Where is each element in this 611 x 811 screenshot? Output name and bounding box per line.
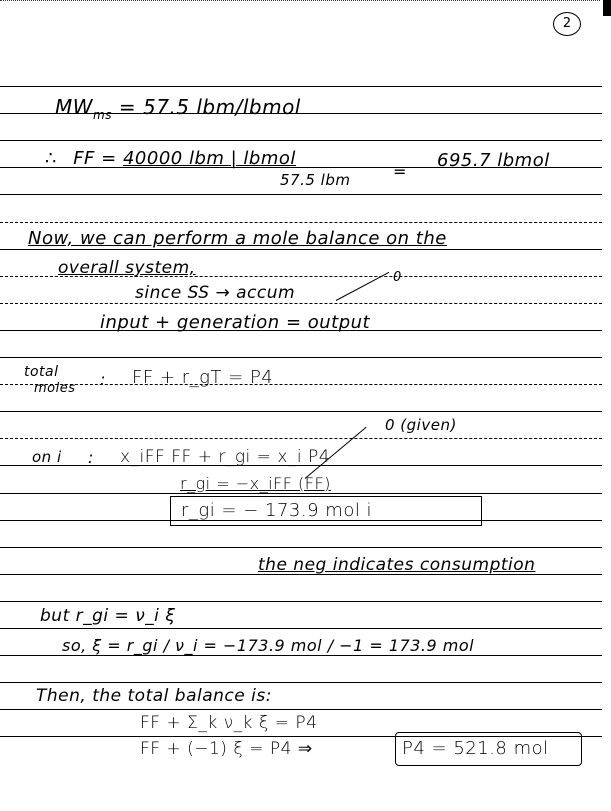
mw-line: MWms = 57.5 lbm/lbmol bbox=[55, 95, 301, 122]
total-balance-substituted: FF + (−1) ξ = P4 ⇒ bbox=[140, 739, 313, 759]
ruled-line bbox=[0, 140, 602, 141]
extent-relation: but r_gi = ν_i ξ bbox=[40, 606, 175, 626]
steady-state-line: since SS → accum bbox=[135, 283, 295, 303]
ruled-line bbox=[0, 655, 602, 656]
ruled-line bbox=[0, 411, 602, 412]
ruled-line bbox=[0, 709, 602, 710]
mw-value: 57.5 lbm/lbmol bbox=[143, 95, 301, 119]
ruled-line bbox=[0, 303, 602, 304]
ruled-line bbox=[0, 249, 602, 250]
ff-denominator: 57.5 lbm bbox=[280, 171, 350, 189]
then-line: Then, the total balance is: bbox=[36, 686, 272, 706]
consumption-note: the neg indicates consumption bbox=[258, 555, 535, 575]
zero-given-note: 0 (given) bbox=[385, 416, 457, 434]
on-i-colon: : bbox=[88, 448, 94, 467]
ruled-line bbox=[0, 357, 602, 358]
rgi-result-box: r_gi = − 173.9 mol i bbox=[170, 496, 482, 526]
species-i-balance: x_iFF FF + r_gi = x_i P4 bbox=[120, 447, 330, 467]
mw-equals: = bbox=[119, 95, 136, 119]
mw-label: MW bbox=[55, 95, 93, 119]
ruled-line bbox=[0, 194, 602, 195]
ff-equals: = bbox=[101, 148, 117, 169]
ruled-line bbox=[0, 682, 602, 683]
extent-calculation: so, ξ = r_gi / ν_i = −173.9 mol / −1 = 1… bbox=[62, 636, 474, 655]
ff-label: FF bbox=[73, 148, 95, 169]
therefore-symbol: ∴ bbox=[45, 148, 57, 169]
ff-equals-2: = bbox=[393, 162, 407, 181]
scanned-notebook-page: 2 MWms = 57.5 lbm/lbmol ∴ FF = 40000 lbm… bbox=[0, 0, 611, 811]
ruled-line bbox=[0, 493, 602, 494]
mw-subscript: ms bbox=[93, 108, 112, 122]
intro-line-1: Now, we can perform a mole balance on th… bbox=[28, 228, 447, 249]
page-number-badge: 2 bbox=[553, 12, 581, 36]
ruled-line bbox=[0, 601, 602, 602]
on-i-label: on i bbox=[32, 448, 62, 466]
ruled-line bbox=[0, 628, 602, 629]
total-colon: : bbox=[100, 370, 106, 389]
accum-zero: 0 bbox=[393, 270, 402, 285]
ff-line: ∴ FF = 40000 lbm | lbmol bbox=[45, 148, 296, 169]
ff-numerator: 40000 lbm | lbmol bbox=[123, 148, 296, 169]
total-moles-equation: FF + r_gT = P4 bbox=[132, 367, 273, 388]
p4-result: P4 = 521.8 mol bbox=[402, 738, 549, 759]
moles-label: moles bbox=[34, 381, 76, 396]
ruled-line bbox=[0, 438, 602, 439]
p4-result-box: P4 = 521.8 mol bbox=[395, 732, 582, 766]
total-label: total bbox=[24, 364, 59, 380]
intro-line-2: overall system, bbox=[58, 258, 196, 278]
ff-result: 695.7 lbmol bbox=[437, 150, 550, 171]
ruled-line bbox=[0, 547, 602, 548]
scan-top-edge bbox=[0, 0, 600, 2]
general-balance-line: input + generation = output bbox=[100, 312, 370, 333]
ruled-line bbox=[0, 86, 602, 87]
scan-corner-mark bbox=[603, 0, 611, 16]
ruled-line bbox=[0, 384, 602, 385]
rgi-result: r_gi = − 173.9 mol i bbox=[181, 500, 372, 521]
rgi-expression: r_gi = −x_iFF (FF) bbox=[180, 474, 331, 493]
ruled-line bbox=[0, 222, 602, 223]
total-balance-general: FF + Σ_k ν_k ξ = P4 bbox=[140, 713, 317, 733]
